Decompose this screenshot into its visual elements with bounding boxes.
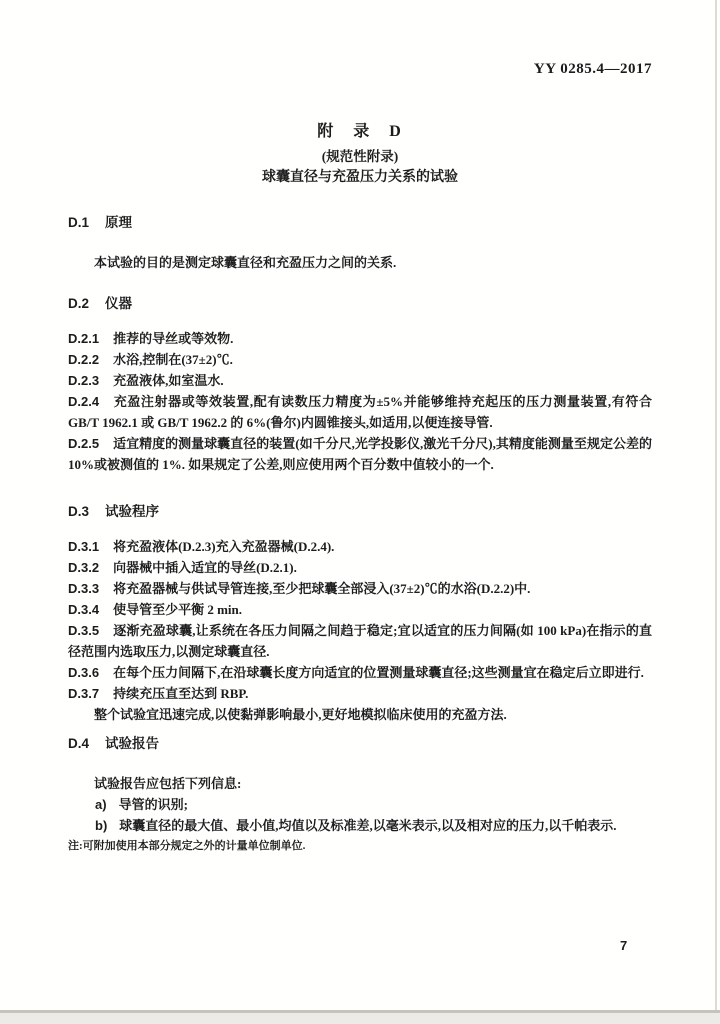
report-item-b-label: b) bbox=[95, 818, 107, 833]
section-d4-note: 注:可附加使用本部分规定之外的计量单位制单位. bbox=[68, 837, 652, 855]
section-d3: D.3试验程序 D.3.1将充盈液体(D.2.3)充入充盈器械(D.2.4). … bbox=[68, 501, 652, 725]
scanned-standard-page: YY 0285.4—2017 附 录 D (规范性附录) 球囊直径与充盈压力关系… bbox=[0, 0, 720, 1024]
clause-d2-4-text: 充盈注射器或等效装置,配有读数压力精度为±5%并能够维持充起压的压力测量装置,有… bbox=[68, 394, 652, 430]
section-d2-title: 仪器 bbox=[105, 296, 132, 311]
appendix-title-block: 附 录 D (规范性附录) 球囊直径与充盈压力关系的试验 bbox=[68, 120, 652, 188]
clause-d3-5: D.3.5逐渐充盈球囊,让系统在各压力间隔之间趋于稳定;宜以适宜的压力间隔(如 … bbox=[68, 620, 652, 662]
clause-d2-5-text: 适宜精度的测量球囊直径的装置(如千分尺,光学投影仪,激光千分尺),其精度能测量至… bbox=[68, 436, 652, 472]
section-d2-heading: D.2仪器 bbox=[68, 293, 652, 315]
section-d3-heading: D.3试验程序 bbox=[68, 501, 652, 523]
clause-d2-3: D.2.3充盈液体,如室温水. bbox=[68, 370, 652, 391]
clause-d3-3: D.3.3将充盈器械与供试导管连接,至少把球囊全部浸入(37±2)℃的水浴(D.… bbox=[68, 578, 652, 599]
report-item-b: b)球囊直径的最大值、最小值,均值以及标准差,以毫米表示,以及相对应的压力,以千… bbox=[68, 815, 652, 836]
report-item-a-text: 导管的识别; bbox=[119, 797, 188, 812]
clause-d2-3-text: 充盈液体,如室温水. bbox=[113, 373, 224, 388]
clause-d2-5: D.2.5适宜精度的测量球囊直径的装置(如千分尺,光学投影仪,激光千分尺),其精… bbox=[68, 433, 652, 475]
clause-d3-1: D.3.1将充盈液体(D.2.3)充入充盈器械(D.2.4). bbox=[68, 536, 652, 557]
appendix-type: (规范性附录) bbox=[68, 146, 652, 167]
section-d1: D.1原理 本试验的目的是测定球囊直径和充盈压力之间的关系. bbox=[68, 212, 652, 273]
clause-d3-2: D.3.2向器械中插入适宜的导丝(D.2.1). bbox=[68, 557, 652, 578]
clause-d3-1-number: D.3.1 bbox=[68, 539, 99, 554]
clause-d2-1: D.2.1推荐的导丝或等效物. bbox=[68, 328, 652, 349]
clause-d3-4-text: 使导管至少平衡 2 min. bbox=[113, 602, 242, 617]
section-d4-title: 试验报告 bbox=[105, 736, 159, 751]
clause-d3-2-number: D.3.2 bbox=[68, 560, 99, 575]
clause-d3-1-text: 将充盈液体(D.2.3)充入充盈器械(D.2.4). bbox=[113, 539, 334, 554]
clause-d3-4: D.3.4使导管至少平衡 2 min. bbox=[68, 599, 652, 620]
report-item-b-text: 球囊直径的最大值、最小值,均值以及标准差,以毫米表示,以及相对应的压力,以千帕表… bbox=[119, 818, 616, 833]
page-content: YY 0285.4—2017 附 录 D (规范性附录) 球囊直径与充盈压力关系… bbox=[0, 0, 720, 855]
standard-number-header: YY 0285.4—2017 bbox=[68, 0, 652, 80]
section-d2-clauses: D.2.1推荐的导丝或等效物. D.2.2水浴,控制在(37±2)℃. D.2.… bbox=[68, 328, 652, 475]
report-item-a: a)导管的识别; bbox=[68, 794, 652, 815]
clause-d3-7-number: D.3.7 bbox=[68, 686, 99, 701]
clause-d3-2-text: 向器械中插入适宜的导丝(D.2.1). bbox=[113, 560, 297, 575]
clause-d3-7-text: 持续充压直至达到 RBP. bbox=[113, 686, 248, 701]
clause-d3-6-number: D.3.6 bbox=[68, 665, 99, 680]
clause-d3-5-number: D.3.5 bbox=[68, 623, 99, 638]
section-d3-number: D.3 bbox=[68, 504, 89, 519]
clause-d3-3-text: 将充盈器械与供试导管连接,至少把球囊全部浸入(37±2)℃的水浴(D.2.2)中… bbox=[113, 581, 530, 596]
section-d1-title: 原理 bbox=[105, 215, 132, 230]
clause-d3-5-text: 逐渐充盈球囊,让系统在各压力间隔之间趋于稳定;宜以适宜的压力间隔(如 100 k… bbox=[68, 623, 652, 659]
clause-d3-6-text: 在每个压力间隔下,在沿球囊长度方向适宜的位置测量球囊直径;这些测量宜在稳定后立即… bbox=[113, 665, 644, 680]
section-d1-heading: D.1原理 bbox=[68, 212, 652, 234]
clause-d2-4-number: D.2.4 bbox=[68, 394, 99, 409]
section-d4-heading: D.4试验报告 bbox=[68, 733, 652, 755]
section-d4-number: D.4 bbox=[68, 736, 89, 751]
section-d4: D.4试验报告 试验报告应包括下列信息: a)导管的识别; b)球囊直径的最大值… bbox=[68, 733, 652, 855]
clause-d3-4-number: D.3.4 bbox=[68, 602, 99, 617]
clause-d2-3-number: D.2.3 bbox=[68, 373, 99, 388]
section-d3-title: 试验程序 bbox=[105, 504, 159, 519]
section-d3-clauses: D.3.1将充盈液体(D.2.3)充入充盈器械(D.2.4). D.3.2向器械… bbox=[68, 536, 652, 725]
section-d2: D.2仪器 D.2.1推荐的导丝或等效物. D.2.2水浴,控制在(37±2)℃… bbox=[68, 293, 652, 475]
clause-d2-4: D.2.4充盈注射器或等效装置,配有读数压力精度为±5%并能够维持充起压的压力测… bbox=[68, 391, 652, 433]
section-d3-closing-paragraph: 整个试验宜迅速完成,以使黏弹影响最小,更好地模拟临床使用的充盈方法. bbox=[68, 704, 652, 725]
section-d1-paragraph: 本试验的目的是测定球囊直径和充盈压力之间的关系. bbox=[68, 252, 652, 273]
clause-d3-6: D.3.6在每个压力间隔下,在沿球囊长度方向适宜的位置测量球囊直径;这些测量宜在… bbox=[68, 662, 652, 683]
clause-d3-7: D.3.7持续充压直至达到 RBP. bbox=[68, 683, 652, 704]
appendix-title: 附 录 D bbox=[68, 120, 652, 144]
section-d2-number: D.2 bbox=[68, 296, 89, 311]
clause-d2-2-text: 水浴,控制在(37±2)℃. bbox=[113, 352, 233, 367]
clause-d2-5-number: D.2.5 bbox=[68, 436, 99, 451]
clause-d2-2-number: D.2.2 bbox=[68, 352, 99, 367]
section-d4-intro: 试验报告应包括下列信息: bbox=[68, 773, 652, 794]
clause-d2-2: D.2.2水浴,控制在(37±2)℃. bbox=[68, 349, 652, 370]
scan-bottom-edge bbox=[0, 1010, 720, 1024]
clause-d2-1-number: D.2.1 bbox=[68, 331, 99, 346]
section-d1-number: D.1 bbox=[68, 215, 89, 230]
report-item-a-label: a) bbox=[95, 797, 107, 812]
clause-d2-1-text: 推荐的导丝或等效物. bbox=[113, 331, 233, 346]
appendix-subject: 球囊直径与充盈压力关系的试验 bbox=[68, 167, 652, 188]
page-number: 7 bbox=[620, 938, 627, 953]
scan-right-edge bbox=[715, 0, 717, 1014]
clause-d3-3-number: D.3.3 bbox=[68, 581, 99, 596]
